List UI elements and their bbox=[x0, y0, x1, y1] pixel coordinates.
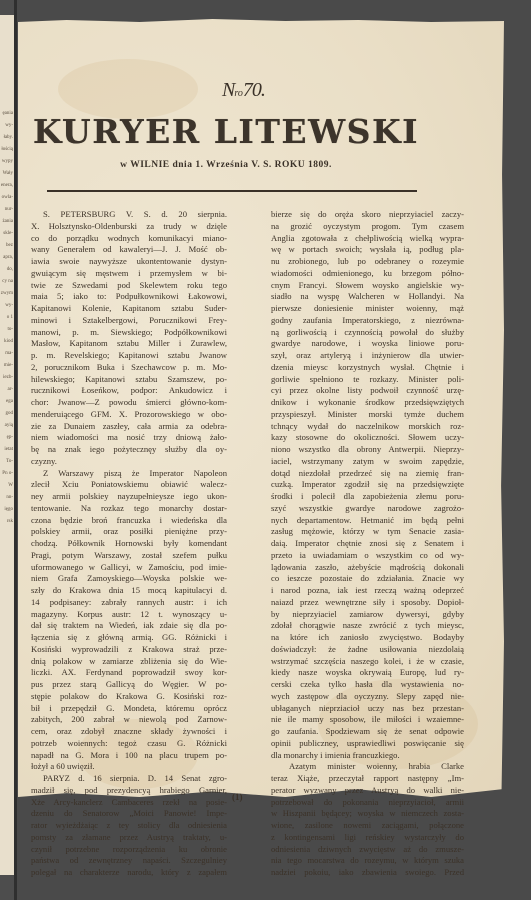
article-column-left: S. PETERSBURG V. S. d. 20 sierpnia.X. Ho… bbox=[31, 209, 227, 879]
text-line: na grozić oyczystym progom. Tym czasem bbox=[271, 221, 464, 233]
text-line: PARYZ d. 16 sierpnia. D. 14 Senat zgro- bbox=[31, 773, 227, 785]
adjacent-page-text-fragment: ietat bbox=[4, 446, 13, 454]
adjacent-page-text-fragment: nur- bbox=[5, 206, 13, 214]
adjacent-page-text-fragment: cy na bbox=[2, 278, 13, 286]
adjacent-page-text-fragment: mie- bbox=[4, 362, 13, 370]
adjacent-page-text-fragment: ayią bbox=[5, 422, 13, 430]
text-line: go zaufania. Spodziewam się że senat odp… bbox=[271, 726, 464, 738]
text-line: lądowania zaszło, ażebyście mądrością do… bbox=[271, 562, 464, 574]
text-line: gorliwie spełniono te rozkazy. Minister … bbox=[271, 374, 464, 386]
text-line: kiedy nasze woyska okrywaią Europę, lud … bbox=[271, 667, 464, 679]
adjacent-page-text-fragment: kiod bbox=[4, 338, 13, 346]
text-line: potrzebował do pokonania nieprzyiacioł, … bbox=[271, 797, 464, 809]
adjacent-page-text-fragment: to- bbox=[7, 326, 13, 334]
adjacent-page-text-fragment: nn- bbox=[6, 494, 13, 502]
text-line: czynił potrzebne rozporządzenia ku obron… bbox=[31, 844, 227, 856]
text-line: kazy stosowne do okoliczności. Słowem uc… bbox=[271, 432, 464, 444]
text-line: wiadomości odmienionego, ku brzegom półn… bbox=[271, 268, 464, 280]
text-line: cyi przez okolne listy podwoił czynność … bbox=[271, 385, 464, 397]
text-line: ną gorliwością i czynnością powołał do s… bbox=[271, 327, 464, 339]
adjacent-page-text-fragment: bez bbox=[6, 242, 13, 250]
issue-number: Nro70. bbox=[222, 79, 265, 102]
adjacent-page-text-fragment: żania bbox=[2, 218, 13, 226]
text-line: polskiey armii, oraz posiłki pieniężne p… bbox=[31, 526, 227, 538]
issue-number-prefix: N bbox=[222, 79, 234, 101]
adjacent-page-text-fragment: ma- bbox=[5, 350, 13, 358]
text-line: liczki. AX. Ferdynand poprowadził swoy k… bbox=[31, 667, 227, 679]
adjacent-page-text-fragment: o 1 bbox=[7, 314, 13, 322]
text-line: uformowanego w Gallicyi, w Zamościu, pod… bbox=[31, 562, 227, 574]
adjacent-page-text-fragment: zwym bbox=[1, 290, 13, 298]
text-line: nu zrobionego, lub po odebraney o rozeym… bbox=[271, 256, 464, 268]
text-line: 2, porucznikom Buka i Szechawcow p. m. M… bbox=[31, 362, 227, 374]
text-line: dla monarchy i imienia francuzkiego. bbox=[271, 750, 464, 762]
text-line: pomsty za złamane przez Austryą traktaty… bbox=[31, 832, 227, 844]
text-line: dał się traktem na Wiedeń, iak zdaie się… bbox=[31, 620, 227, 632]
text-line: Pragi, potym Warszawy, został szefem puł… bbox=[31, 550, 227, 562]
text-line: czona będzie broń francuzka i wiedeńska … bbox=[31, 515, 227, 527]
adjacent-page-text-fragment: Wały bbox=[3, 170, 13, 178]
text-line: magazyny. Korpus austr: 12 t. wynoszący … bbox=[31, 609, 227, 621]
text-line: manowi, p. m. Siewskiego; Podpółkownikow… bbox=[31, 327, 227, 339]
dateline: w WILNIE dnia 1. Września V. S. ROKU 180… bbox=[31, 160, 421, 170]
text-line: środki i polecił dla zapobieżenia złemu … bbox=[271, 491, 464, 503]
text-line: łożył a 60 uwięził. bbox=[31, 761, 227, 773]
adjacent-page-text-fragment: rsk bbox=[7, 518, 13, 526]
text-line: zlecił Xciu Poniatowskiemu obiawić walec… bbox=[31, 479, 227, 491]
text-line: przeto ia uwiadamiam o wszystkim co od w… bbox=[271, 550, 464, 562]
adjacent-page-text-fragment: wy- bbox=[5, 302, 13, 310]
text-line: państwa od zewnętrzney napaści. Szczegul… bbox=[31, 855, 227, 867]
masthead-title: KURYER LITEWSKI bbox=[31, 112, 421, 151]
adjacent-page-text-fragment: W bbox=[8, 482, 13, 490]
text-line: niem Grafa Zamoyskiego—Woyska polskie we… bbox=[31, 573, 227, 585]
text-line: rucznikowi Łoseńkow, podpor: Ankudowicz … bbox=[31, 385, 227, 397]
text-line: w Hiszpanii będącey; woyska w niemczech … bbox=[271, 808, 464, 820]
page-folio: (1) bbox=[232, 792, 243, 802]
text-line: dnikow i wykonanie środkow przedsięwzięt… bbox=[271, 397, 464, 409]
text-line: 14 podpisaney: zabrały rannych austr: i … bbox=[31, 597, 227, 609]
text-line: potrzeb woiennych: tegoż czasu G. Różnic… bbox=[31, 738, 227, 750]
issue-number-value: 70. bbox=[243, 79, 265, 101]
adjacent-page-edge: ęaniawy-łaby.łościąwypyWałyenera,owla-nu… bbox=[0, 15, 14, 875]
text-line: madził się, pod prezydencyą hrabiego Gar… bbox=[31, 785, 227, 797]
text-line: nia tego mocarstwa do rozeymu, w którym … bbox=[271, 855, 464, 867]
text-line: cem, oraz zdobył znaczne składy żywności… bbox=[31, 726, 227, 738]
text-line: i narod pozna, iak iest rzeczą ważną ode… bbox=[271, 585, 464, 597]
text-line: ney armii polskiey nayzupełnieysze iego … bbox=[31, 491, 227, 503]
adjacent-page-text-fragment: wy- bbox=[5, 122, 13, 130]
text-line: p. m. Revelskiego; Kapitanowi sztabu Jwa… bbox=[31, 350, 227, 362]
text-line: Masłow, Kapitanom sztabu Miller i Zurawl… bbox=[31, 338, 227, 350]
adjacent-page-text-fragment: owla- bbox=[2, 194, 13, 202]
paper-stain bbox=[58, 59, 198, 119]
text-line: godny zaufania Imperatorskiego, z niezró… bbox=[271, 315, 464, 327]
text-line: wione, zasilone nowemi zaciągami, połącz… bbox=[271, 820, 464, 832]
adjacent-page-text-fragment: do, bbox=[7, 266, 13, 274]
text-line: wstrzymać szczęścia naszego kolei, i że … bbox=[271, 656, 464, 668]
text-line: pierwsze doniesienie minister woienny, m… bbox=[271, 303, 464, 315]
text-line: tentowanie. Na rozkaz tego monarchy dost… bbox=[31, 503, 227, 515]
text-line: naiazd przez wewnętrzne siły i sposoby. … bbox=[271, 597, 464, 609]
text-line: dotąd niezdołał przedrzeć się na ziemię … bbox=[271, 468, 464, 480]
text-line: Z Warszawy piszą że Imperator Napoleon bbox=[31, 468, 227, 480]
adjacent-page-text-fragment: ięgo bbox=[4, 506, 13, 514]
text-line: bił i przepędził G. Mondeta, któremu opr… bbox=[31, 703, 227, 715]
adjacent-page-text-fragment: ar- bbox=[8, 386, 13, 394]
text-line: menderuiącego GFM. X. Prozorowskiego w o… bbox=[31, 409, 227, 421]
text-line: minowi i Sztakelbergowi, Porucznikowi Fr… bbox=[31, 315, 227, 327]
adjacent-page-text-fragment: iezb- bbox=[3, 374, 13, 382]
adjacent-page-text-fragment: Pn o- bbox=[2, 470, 13, 478]
text-line: nie ile mamy sposobow, ile miłości i wza… bbox=[271, 714, 464, 726]
text-line: wę w portach swoich; wysłała ią, podług … bbox=[271, 244, 464, 256]
adjacent-page-text-fragment: ęania bbox=[2, 110, 13, 118]
text-line: zasług mężowie, którzy w tym Senacie zas… bbox=[271, 526, 464, 538]
text-line: zdołał chorągwie nasze zwrócić z tych mi… bbox=[271, 620, 464, 632]
text-line: stępie polakow do Krakowa G. Kosiński ro… bbox=[31, 691, 227, 703]
adjacent-page-text-fragment: łością bbox=[1, 146, 13, 154]
adjacent-page-text-fragment: skle- bbox=[3, 230, 13, 238]
text-line: cerski czeka tylko hasła dla wystawienia… bbox=[271, 679, 464, 691]
text-line: odniesienia dziwnych zwycięstw aż do zmu… bbox=[271, 844, 464, 856]
text-line: wych zastępow dla oyczyzny. Slepy zapęd … bbox=[271, 691, 464, 703]
text-line: dnią polakow w zamiarze zbliżenia się do… bbox=[31, 656, 227, 668]
text-line: twie ze Szwedami pod Skelewtem roku tego bbox=[31, 280, 227, 292]
text-line: chor: Jwanow—Z powodu śmierci główno-kom… bbox=[31, 397, 227, 409]
text-line: cnym Francyi. Słowem woysko angielskie w… bbox=[271, 280, 464, 292]
text-line: polegał na charakterze narodu, który z z… bbox=[31, 867, 227, 879]
text-line: opinii publiczney, usprawiedliwi poswięc… bbox=[271, 738, 464, 750]
text-line: szyć wszystkie gwardye narodowe zagrożo- bbox=[271, 503, 464, 515]
adjacent-page-text-fragment: enera, bbox=[1, 182, 13, 190]
text-line: Xże Arcy-kanclerz Cambaceres rzekł na po… bbox=[31, 797, 227, 809]
text-line: niono wszystko dla obrony Antwerpii. Nie… bbox=[271, 444, 464, 456]
text-line: by nieprzyiaciel zamiarow dywersyi, gdyb… bbox=[271, 609, 464, 621]
text-line: co do porządku wodnych komunikacyi miano… bbox=[31, 233, 227, 245]
text-line: Azatym minister woienny, hrabia Clarke bbox=[271, 761, 464, 773]
text-line: pus przez starą Gallicyą do Węgier. W po… bbox=[31, 679, 227, 691]
text-line: Kapitanowi Kolenie, Kapitanom sztabu Sud… bbox=[31, 303, 227, 315]
text-line: doświadczył: że żadne usiłowania niezdol… bbox=[271, 644, 464, 656]
adjacent-page-text-fragment: apra, bbox=[3, 254, 13, 262]
text-line: maia 5; iako to: Podpułkownikowi Łakowow… bbox=[31, 291, 227, 303]
text-line: gwardye narodowe, i woyska liniowe poru- bbox=[271, 338, 464, 350]
issue-number-suffix: ro bbox=[234, 88, 243, 99]
text-line: ubłaganych nieprziacioł uczy nas bez prz… bbox=[271, 703, 464, 715]
text-line: wany Generałem od kawaleryi—J. J. Mość o… bbox=[31, 244, 227, 256]
text-line: hilewskiego; Kapitanowi sztabu Szamszew,… bbox=[31, 374, 227, 386]
text-line: cuzką. Imperator zgodził się na przedsię… bbox=[271, 479, 464, 491]
text-line: zabitych, 200 zabrał w niewolą pod Zarno… bbox=[31, 714, 227, 726]
text-line: z kontingensami ligi reńskiey wystarczył… bbox=[271, 832, 464, 844]
text-line: daią. Imperator chętnie znosi się z Sena… bbox=[271, 538, 464, 550]
adjacent-page-text-fragment: To- bbox=[6, 458, 13, 466]
text-line: czyzny. bbox=[31, 456, 227, 468]
adjacent-page-text-fragment: ega bbox=[6, 398, 13, 406]
text-line: perator wyzwany przez Austryą do walki n… bbox=[271, 785, 464, 797]
text-line: siadło na wyspę Walcheren w Hollandyi. N… bbox=[271, 291, 464, 303]
text-line: rator wyieżdżaiąc z tey stolicy dla odni… bbox=[31, 820, 227, 832]
masthead-rule bbox=[47, 190, 417, 192]
text-line: na które ich zaniosło zwycięstwo. Bodayb… bbox=[271, 632, 464, 644]
text-line: dzeniu do Senatorow „Moici Panowie! Impe… bbox=[31, 808, 227, 820]
text-line: niem wiadomości ma nosić trzy dniową żał… bbox=[31, 432, 227, 444]
text-line: iaciel, wstrzymany zatym w swoim zapędzi… bbox=[271, 456, 464, 468]
text-line: przyspieszył. Minister morski tymże duch… bbox=[271, 409, 464, 421]
text-line: bę na znak iego pożytecznęy służby dla o… bbox=[31, 444, 227, 456]
text-line: bierze się do oręża skoro nieprzyiaciel … bbox=[271, 209, 464, 221]
text-line: gwuiącym się męstwem i przemysłem w bi- bbox=[31, 268, 227, 280]
adjacent-page-text-fragment: ęp- bbox=[7, 434, 13, 442]
adjacent-page-text-fragment: god bbox=[6, 410, 14, 418]
text-line: Kosiński wyprowadzili z Krakowa straż pr… bbox=[31, 644, 227, 656]
text-line: zie za Dunaiem zaszłey, cała armia za od… bbox=[31, 421, 227, 433]
text-line: nych departamentow. Hetmanić im będą peł… bbox=[271, 515, 464, 527]
article-column-right: bierze się do oręża skoro nieprzyiaciel … bbox=[271, 209, 464, 879]
text-line: tchnący wydał do naczelnikow morskich ro… bbox=[271, 421, 464, 433]
text-line: napadł na G. Mora i 100 na placu trupem … bbox=[31, 750, 227, 762]
text-line: teraz Xiąże, przeczytał rapport następny… bbox=[271, 773, 464, 785]
text-line: iawia swoie naywyższe ukontentowanie dys… bbox=[31, 256, 227, 268]
text-line: chodzą. Półkownik Hornowski były komenda… bbox=[31, 538, 227, 550]
text-line: co ieszcze pozostaie do zdziałania. Znac… bbox=[271, 573, 464, 585]
text-line: łączenia się z główną armią. GG. Różnick… bbox=[31, 632, 227, 644]
text-line: S. PETERSBURG V. S. d. 20 sierpnia. bbox=[31, 209, 227, 221]
text-line: szył, oraz artyleryą i inżynierow dla ut… bbox=[271, 350, 464, 362]
text-line: Anglia zgotowała z chełpliwością wielką … bbox=[271, 233, 464, 245]
adjacent-page-text-fragment: wypy bbox=[2, 158, 13, 166]
text-line: dzenia mieysc korzystnych wysłał. Chętni… bbox=[271, 362, 464, 374]
text-line: nadziei pokoiu, iako zbawienia swoiego. … bbox=[271, 867, 464, 879]
text-line: szły do Krakowa dnia 15 mocą kapitulacyi… bbox=[31, 585, 227, 597]
book-spine bbox=[14, 0, 17, 900]
text-line: X. Holsztynsko-Oldenburski za trudy w dz… bbox=[31, 221, 227, 233]
adjacent-page-text-fragment: łaby. bbox=[3, 134, 13, 142]
